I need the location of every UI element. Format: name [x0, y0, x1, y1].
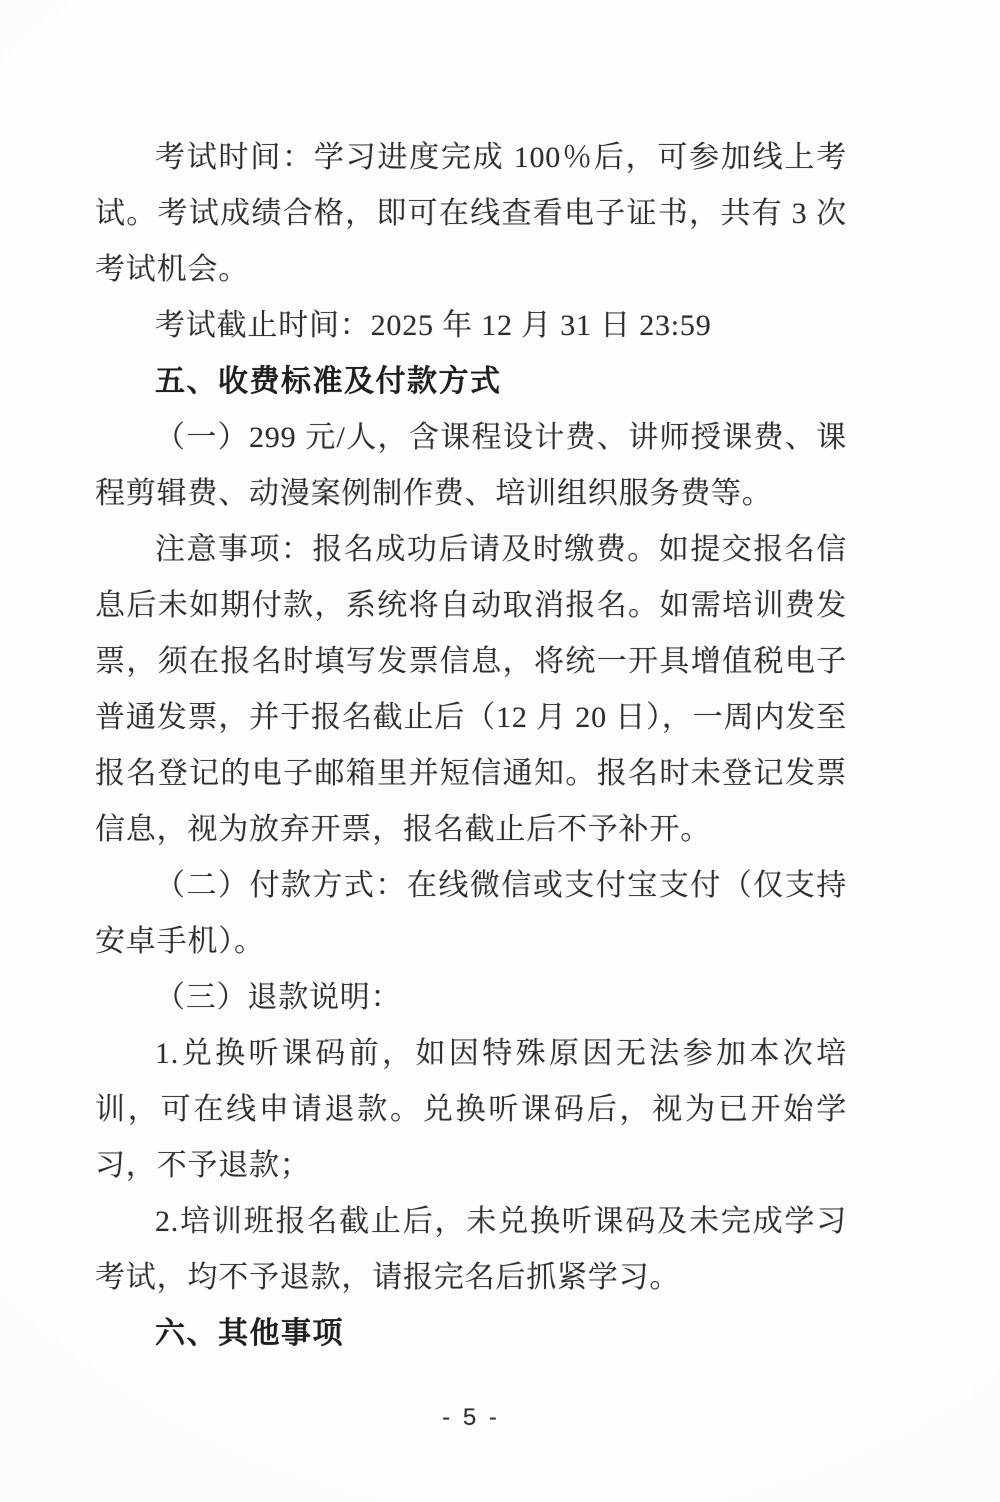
body-paragraph: 2.培训班报名截止后，未兑换听课码及未完成学习考试，均不予退款，请报完名后抓紧学… [95, 1194, 847, 1306]
page-footer: - 5 - [95, 1404, 847, 1432]
section-heading: 五、收费标准及付款方式 [95, 354, 847, 410]
section-heading: 六、其他事项 [95, 1306, 847, 1362]
body-paragraph: 考试截止时间：2025 年 12 月 31 日 23:59 [95, 298, 847, 354]
body-paragraph: （三）退款说明： [95, 970, 847, 1026]
body-paragraph: 考试时间：学习进度完成 100％后，可参加线上考试。考试成绩合格，即可在线查看电… [95, 130, 847, 298]
body-paragraph: 1.兑换听课码前，如因特殊原因无法参加本次培训，可在线申请退款。兑换听课码后，视… [95, 1026, 847, 1194]
body-paragraph: 注意事项：报名成功后请及时缴费。如提交报名信息后未如期付款，系统将自动取消报名。… [95, 522, 847, 858]
body-paragraph: （一）299 元/人，含课程设计费、讲师授课费、课程剪辑费、动漫案例制作费、培训… [95, 410, 847, 522]
page-number: - 5 - [442, 1404, 500, 1431]
document-body: 考试时间：学习进度完成 100％后，可参加线上考试。考试成绩合格，即可在线查看电… [95, 130, 847, 1432]
document-page: 考试时间：学习进度完成 100％后，可参加线上考试。考试成绩合格，即可在线查看电… [0, 0, 1000, 1502]
body-paragraph: （二）付款方式：在线微信或支付宝支付（仅支持安卓手机）。 [95, 858, 847, 970]
paragraph-list: 考试时间：学习进度完成 100％后，可参加线上考试。考试成绩合格，即可在线查看电… [95, 130, 847, 1362]
